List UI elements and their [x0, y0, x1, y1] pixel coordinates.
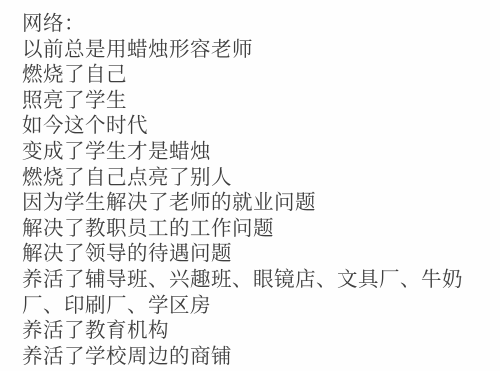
text-line: 变成了学生才是蜡烛	[22, 139, 482, 165]
text-line: 燃烧了自己点亮了别人	[22, 165, 482, 191]
text-line: 厂、印刷厂、学区房	[22, 293, 482, 319]
text-line: 以前总是用蜡烛形容老师	[22, 37, 482, 63]
text-line: 解决了教职员工的工作问题	[22, 216, 482, 242]
text-line: 网络：	[22, 11, 482, 37]
text-line: 养活了学校周边的商铺	[22, 344, 482, 370]
text-line: 因为学生解决了老师的就业问题	[22, 190, 482, 216]
text-line: 如今这个时代	[22, 113, 482, 139]
text-line: 养活了教育机构	[22, 318, 482, 344]
text-line: 养活了辅导班、兴趣班、眼镜店、文具厂、牛奶	[22, 267, 482, 293]
text-line: 照亮了学生	[22, 88, 482, 114]
text-line: 解决了领导的待遇问题	[22, 241, 482, 267]
text-line: 燃烧了自己	[22, 62, 482, 88]
text-post-page: 网络： 以前总是用蜡烛形容老师 燃烧了自己 照亮了学生 如今这个时代 变成了学生…	[0, 0, 500, 371]
